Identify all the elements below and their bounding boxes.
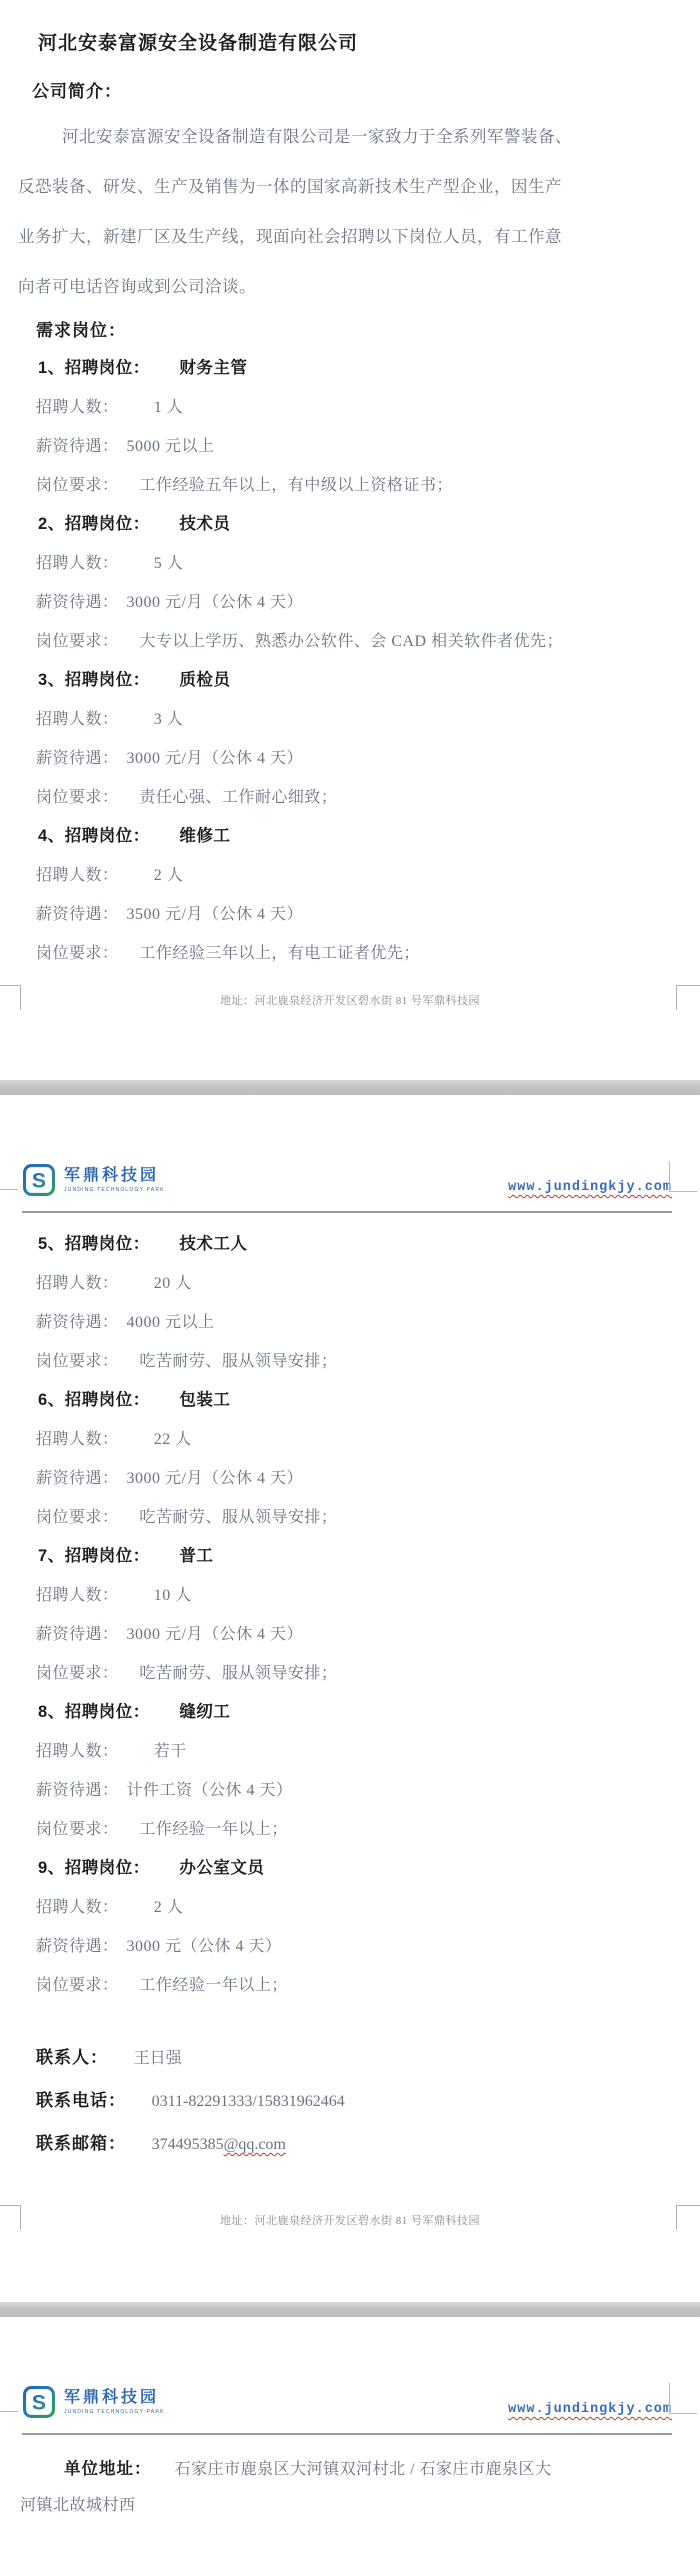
requirement-label: 岗位要求： (36, 1821, 119, 1838)
unit-address-block: 单位地址：石家庄市鹿泉区大河镇双河村北 / 石家庄市鹿泉区大 河镇北故城村西 (20, 2451, 680, 2524)
email-domain: @qq.com (224, 2136, 286, 2153)
salary-label: 薪资待遇： (36, 438, 119, 455)
demand-heading: 需求岗位： (36, 318, 700, 343)
job-block: 5、招聘岗位：技术工人 招聘人数：20 人 薪资待遇：4000 元以上 岗位要求… (0, 1225, 700, 1381)
site-header: S 军鼎科技园 JUNDING TECHNOLOGY PARK www.jund… (0, 2317, 700, 2435)
salary-row: 薪资待遇：3000 元/月（公休 4 天） (36, 583, 700, 622)
salary-row: 薪资待遇：计件工资（公休 4 天） (36, 1771, 700, 1810)
headcount-value: 1 人 (154, 399, 184, 416)
page-1: 河北安泰富源安全设备制造有限公司 公司简介： 河北安泰富源安全设备制造有限公司是… (0, 0, 700, 1080)
position-label: 招聘岗位： (65, 1547, 150, 1565)
salary-label: 薪资待遇： (36, 1626, 119, 1643)
headcount-row: 招聘人数：10 人 (36, 1576, 700, 1615)
job-heading: 6、招聘岗位：包装工 (38, 1381, 700, 1420)
intro-heading: 公司简介： (32, 80, 700, 104)
salary-row: 薪资待遇：3500 元/月（公休 4 天） (36, 895, 700, 934)
unit-address-label: 单位地址： (64, 2460, 152, 2478)
unit-address-value: 石家庄市鹿泉区大河镇双河村北 / 石家庄市鹿泉区大 (175, 2461, 552, 2478)
position-label: 招聘岗位： (65, 1703, 150, 1721)
job-title: 技术员 (179, 515, 230, 533)
contact-phone-row: 联系电话：0311-82291333/15831962464 (0, 2080, 700, 2123)
svg-text:S: S (32, 1169, 46, 1193)
headcount-label: 招聘人数： (36, 867, 119, 884)
footer-address: 地址：河北鹿泉经济开发区碧水街 81 号军鼎科技园 (220, 2212, 480, 2228)
salary-value: 3000 元/月（公休 4 天） (127, 1470, 303, 1487)
position-label: 招聘岗位： (65, 1391, 150, 1409)
headcount-value: 22 人 (154, 1431, 192, 1448)
salary-label: 薪资待遇： (36, 1470, 119, 1487)
job-heading: 2、招聘岗位：技术员 (38, 505, 700, 544)
intro-paragraph: 河北安泰富源安全设备制造有限公司是一家致力于全系列军警装备、 反恐装备、研发、生… (18, 112, 680, 312)
requirement-label: 岗位要求： (36, 1977, 119, 1994)
intro-line: 向者可电话咨询或到公司洽谈。 (18, 262, 680, 312)
job-title: 普工 (179, 1547, 213, 1565)
job-block: 7、招聘岗位：普工 招聘人数：10 人 薪资待遇：3000 元/月（公休 4 天… (0, 1537, 700, 1693)
requirement-value: 大专以上学历、熟悉办公软件、会 CAD 相关软件者优先； (139, 633, 563, 650)
job-block: 9、招聘岗位：办公室文员 招聘人数：2 人 薪资待遇：3000 元（公休 4 天… (0, 1849, 700, 2005)
headcount-label: 招聘人数： (36, 711, 119, 728)
requirement-value: 吃苦耐劳、服从领导安排； (139, 1509, 337, 1526)
job-number: 3、 (38, 671, 65, 689)
contact-block: 联系人：王日强 联系电话：0311-82291333/15831962464 联… (0, 2037, 700, 2166)
job-title: 办公室文员 (179, 1859, 264, 1877)
requirement-value: 责任心强、工作耐心细致； (139, 789, 337, 806)
requirement-row: 岗位要求：责任心强、工作耐心细致； (36, 778, 700, 817)
job-number: 9、 (38, 1859, 65, 1877)
requirement-value: 工作经验五年以上，有中级以上资格证书； (139, 477, 453, 494)
logo: S 军鼎科技园 JUNDING TECHNOLOGY PARK (22, 1163, 165, 1197)
requirement-label: 岗位要求： (36, 1353, 119, 1370)
contact-person-label: 联系人： (36, 2048, 108, 2067)
job-number: 6、 (38, 1391, 65, 1409)
logo-name-cn: 军鼎科技园 (64, 1167, 165, 1185)
requirement-row: 岗位要求：工作经验一年以上； (36, 1810, 700, 1849)
requirement-row: 岗位要求：工作经验三年以上，有电工证者优先； (36, 934, 700, 973)
headcount-value: 3 人 (154, 711, 184, 728)
salary-value: 3000 元/月（公休 4 天） (127, 750, 303, 767)
header-rule (22, 2433, 672, 2435)
job-heading: 9、招聘岗位：办公室文员 (38, 1849, 700, 1888)
website-link[interactable]: www.jundingkjy.com (508, 2402, 672, 2419)
intro-line: 河北安泰富源安全设备制造有限公司是一家致力于全系列军警装备、 (18, 112, 680, 162)
headcount-row: 招聘人数：若干 (36, 1732, 700, 1771)
requirement-value: 工作经验一年以上； (139, 1821, 288, 1838)
salary-row: 薪资待遇：3000 元/月（公休 4 天） (36, 739, 700, 778)
footer-corner-mark-left (0, 985, 21, 1010)
contact-phone-value: 0311-82291333/15831962464 (152, 2093, 345, 2110)
headcount-value: 2 人 (154, 1899, 184, 1916)
job-number: 2、 (38, 515, 65, 533)
job-heading: 4、招聘岗位：维修工 (38, 817, 700, 856)
footer-corner-mark-right (676, 2205, 700, 2230)
contact-person-row: 联系人：王日强 (0, 2037, 700, 2080)
salary-row: 薪资待遇：3000 元（公休 4 天） (36, 1927, 700, 1966)
salary-row: 薪资待遇：3000 元/月（公休 4 天） (36, 1459, 700, 1498)
headcount-row: 招聘人数：2 人 (36, 856, 700, 895)
header-rule (22, 1211, 672, 1213)
headcount-value: 10 人 (154, 1587, 192, 1604)
salary-row: 薪资待遇：3000 元/月（公休 4 天） (36, 1615, 700, 1654)
job-title: 技术工人 (179, 1235, 247, 1253)
job-heading: 1、招聘岗位：财务主管 (38, 349, 700, 388)
site-header: S 军鼎科技园 JUNDING TECHNOLOGY PARK www.jund… (0, 1095, 700, 1213)
logo-name-en: JUNDING TECHNOLOGY PARK (64, 1187, 165, 1193)
position-label: 招聘岗位： (65, 359, 150, 377)
contact-email-value: 374495385@qq.com (152, 2136, 286, 2153)
job-number: 8、 (38, 1703, 65, 1721)
job-heading: 7、招聘岗位：普工 (38, 1537, 700, 1576)
footer-address: 地址：河北鹿泉经济开发区碧水街 81 号军鼎科技园 (220, 992, 480, 1008)
salary-label: 薪资待遇： (36, 906, 119, 923)
salary-value: 3000 元/月（公休 4 天） (127, 594, 303, 611)
email-user: 374495385 (152, 2136, 224, 2153)
job-block: 4、招聘岗位：维修工 招聘人数：2 人 薪资待遇：3500 元/月（公休 4 天… (0, 817, 700, 973)
footer-corner-mark-right (676, 985, 700, 1010)
position-label: 招聘岗位： (65, 1235, 150, 1253)
salary-label: 薪资待遇： (36, 1782, 119, 1799)
headcount-row: 招聘人数：22 人 (36, 1420, 700, 1459)
headcount-label: 招聘人数： (36, 555, 119, 572)
salary-label: 薪资待遇： (36, 750, 119, 767)
job-block: 8、招聘岗位：缝纫工 招聘人数：若干 薪资待遇：计件工资（公休 4 天） 岗位要… (0, 1693, 700, 1849)
headcount-label: 招聘人数： (36, 1275, 119, 1292)
job-title: 维修工 (179, 827, 230, 845)
job-number: 7、 (38, 1547, 65, 1565)
job-number: 5、 (38, 1235, 65, 1253)
job-heading: 5、招聘岗位：技术工人 (38, 1225, 700, 1264)
contact-phone-label: 联系电话： (36, 2091, 126, 2110)
requirement-label: 岗位要求： (36, 1665, 119, 1682)
headcount-row: 招聘人数：20 人 (36, 1264, 700, 1303)
position-label: 招聘岗位： (65, 515, 150, 533)
page-separator (0, 2302, 700, 2317)
job-block: 3、招聘岗位：质检员 招聘人数：3 人 薪资待遇：3000 元/月（公休 4 天… (0, 661, 700, 817)
document-canvas: 河北安泰富源安全设备制造有限公司 公司简介： 河北安泰富源安全设备制造有限公司是… (0, 0, 700, 2567)
requirement-value: 吃苦耐劳、服从领导安排； (139, 1665, 337, 1682)
job-heading: 3、招聘岗位：质检员 (38, 661, 700, 700)
position-label: 招聘岗位： (65, 827, 150, 845)
contact-person-value: 王日强 (134, 2050, 182, 2067)
salary-label: 薪资待遇： (36, 1938, 119, 1955)
salary-label: 薪资待遇： (36, 594, 119, 611)
logo: S 军鼎科技园 JUNDING TECHNOLOGY PARK (22, 2385, 165, 2419)
requirement-label: 岗位要求： (36, 945, 119, 962)
footer-corner-mark-left (0, 2205, 21, 2230)
junding-logo-icon: S (22, 1163, 56, 1197)
headcount-label: 招聘人数： (36, 399, 119, 416)
headcount-row: 招聘人数：2 人 (36, 1888, 700, 1927)
requirement-value: 工作经验一年以上； (139, 1977, 288, 1994)
headcount-row: 招聘人数：1 人 (36, 388, 700, 427)
logo-name-cn: 军鼎科技园 (64, 2389, 165, 2407)
job-number: 4、 (38, 827, 65, 845)
headcount-value: 2 人 (154, 867, 184, 884)
job-list-page2: 5、招聘岗位：技术工人 招聘人数：20 人 薪资待遇：4000 元以上 岗位要求… (0, 1225, 700, 2005)
salary-value: 4000 元以上 (127, 1314, 215, 1331)
header-corner-mark-right (669, 2383, 697, 2414)
salary-value: 计件工资（公休 4 天） (127, 1782, 293, 1799)
requirement-row: 岗位要求：大专以上学历、熟悉办公软件、会 CAD 相关软件者优先； (36, 622, 700, 661)
requirement-label: 岗位要求： (36, 477, 119, 494)
salary-value: 3500 元/月（公休 4 天） (127, 906, 303, 923)
salary-value: 5000 元以上 (127, 438, 215, 455)
headcount-row: 招聘人数：5 人 (36, 544, 700, 583)
salary-label: 薪资待遇： (36, 1314, 119, 1331)
job-list-page1: 1、招聘岗位：财务主管 招聘人数：1 人 薪资待遇：5000 元以上 岗位要求：… (0, 349, 700, 973)
svg-text:S: S (32, 2391, 46, 2415)
unit-address-line: 河镇北故城村西 (20, 2488, 680, 2524)
requirement-label: 岗位要求： (36, 633, 119, 650)
job-block: 6、招聘岗位：包装工 招聘人数：22 人 薪资待遇：3000 元/月（公休 4 … (0, 1381, 700, 1537)
header-corner-mark-right (669, 1161, 697, 1192)
unit-address-line: 单位地址：石家庄市鹿泉区大河镇双河村北 / 石家庄市鹿泉区大 (20, 2451, 680, 2488)
job-title: 质检员 (179, 671, 230, 689)
headcount-label: 招聘人数： (36, 1587, 119, 1604)
intro-line: 业务扩大，新建厂区及生产线，现面向社会招聘以下岗位人员，有工作意 (18, 212, 680, 262)
header-corner-mark-left (0, 1189, 18, 1190)
website-link[interactable]: www.jundingkjy.com (508, 1180, 672, 1197)
position-label: 招聘岗位： (65, 671, 150, 689)
job-block: 1、招聘岗位：财务主管 招聘人数：1 人 薪资待遇：5000 元以上 岗位要求：… (0, 349, 700, 505)
headcount-label: 招聘人数： (36, 1431, 119, 1448)
intro-line: 反恐装备、研发、生产及销售为一体的国家高新技术生产型企业，因生产 (18, 162, 680, 212)
requirement-label: 岗位要求： (36, 789, 119, 806)
company-title: 河北安泰富源安全设备制造有限公司 (0, 0, 700, 58)
contact-email-label: 联系邮箱： (36, 2134, 126, 2153)
headcount-row: 招聘人数：3 人 (36, 700, 700, 739)
job-heading: 8、招聘岗位：缝纫工 (38, 1693, 700, 1732)
job-title: 缝纫工 (179, 1703, 230, 1721)
page-footer: 地址：河北鹿泉经济开发区碧水街 81 号军鼎科技园 (0, 2205, 700, 2237)
contact-email-row: 联系邮箱：374495385@qq.com (0, 2123, 700, 2166)
salary-value: 3000 元（公休 4 天） (127, 1938, 282, 1955)
headcount-label: 招聘人数： (36, 1899, 119, 1916)
requirement-row: 岗位要求：吃苦耐劳、服从领导安排； (36, 1342, 700, 1381)
page-separator (0, 1080, 700, 1095)
salary-value: 3000 元/月（公休 4 天） (127, 1626, 303, 1643)
requirement-label: 岗位要求： (36, 1509, 119, 1526)
junding-logo-icon: S (22, 2385, 56, 2419)
requirement-row: 岗位要求：工作经验一年以上； (36, 1966, 700, 2005)
logo-name-en: JUNDING TECHNOLOGY PARK (64, 2409, 165, 2415)
headcount-value: 若干 (154, 1743, 187, 1760)
job-title: 财务主管 (179, 359, 247, 377)
headcount-value: 5 人 (154, 555, 184, 572)
page-footer: 地址：河北鹿泉经济开发区碧水街 81 号军鼎科技园 (0, 985, 700, 1017)
page-2: S 军鼎科技园 JUNDING TECHNOLOGY PARK www.jund… (0, 1095, 700, 2302)
salary-row: 薪资待遇：5000 元以上 (36, 427, 700, 466)
requirement-row: 岗位要求：吃苦耐劳、服从领导安排； (36, 1498, 700, 1537)
page-3: S 军鼎科技园 JUNDING TECHNOLOGY PARK www.jund… (0, 2317, 700, 2567)
position-label: 招聘岗位： (65, 1859, 150, 1877)
header-corner-mark-left (0, 2411, 18, 2412)
requirement-row: 岗位要求：工作经验五年以上，有中级以上资格证书； (36, 466, 700, 505)
headcount-label: 招聘人数： (36, 1743, 119, 1760)
job-title: 包装工 (179, 1391, 230, 1409)
headcount-value: 20 人 (154, 1275, 192, 1292)
job-number: 1、 (38, 359, 65, 377)
requirement-row: 岗位要求：吃苦耐劳、服从领导安排； (36, 1654, 700, 1693)
salary-row: 薪资待遇：4000 元以上 (36, 1303, 700, 1342)
job-block: 2、招聘岗位：技术员 招聘人数：5 人 薪资待遇：3000 元/月（公休 4 天… (0, 505, 700, 661)
requirement-value: 工作经验三年以上，有电工证者优先； (139, 945, 420, 962)
requirement-value: 吃苦耐劳、服从领导安排； (139, 1353, 337, 1370)
